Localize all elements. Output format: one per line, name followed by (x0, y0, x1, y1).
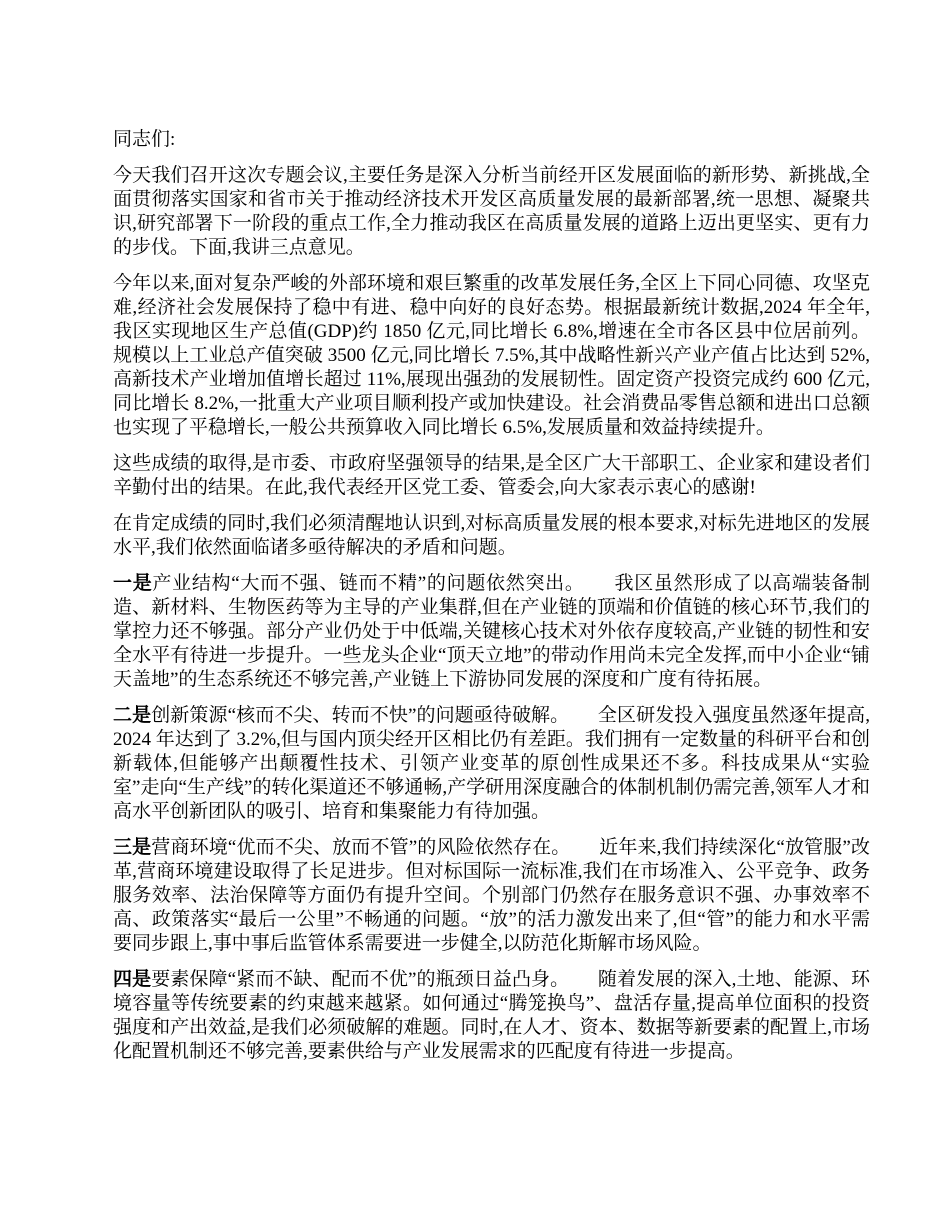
paragraph-point-three: 三是营商环境“优而不尖、放而不管”的风险依然存在。 近年来,我们持续深化“放管服… (113, 836, 870, 956)
paragraph-lead-bold: 四是 (113, 969, 151, 990)
paragraph: 这些成绩的取得,是市委、市政府坚强领导的结果,是全区广大干部职工、企业家和建设者… (113, 452, 870, 500)
paragraph-point-two: 二是创新策源“核而不尖、转而不快”的问题亟待破解。 全区研发投入强度虽然逐年提高… (113, 704, 870, 824)
paragraph-lead-bold: 三是 (113, 837, 151, 858)
paragraph: 今年以来,面对复杂严峻的外部环境和艰巨繁重的改革发展任务,全区上下同心同德、攻坚… (113, 272, 870, 440)
paragraph-text: 这些成绩的取得,是市委、市政府坚强领导的结果,是全区广大干部职工、企业家和建设者… (113, 453, 870, 498)
paragraph-text: 今天我们召开这次专题会议,主要任务是深入分析当前经开区发展面临的新形势、新挑战,… (113, 165, 870, 258)
salutation: 同志们: (113, 128, 870, 152)
paragraph: 今天我们召开这次专题会议,主要任务是深入分析当前经开区发展面临的新形势、新挑战,… (113, 164, 870, 260)
paragraph-text: 创新策源“核而不尖、转而不快”的问题亟待破解。 全区研发投入强度虽然逐年提高,2… (113, 705, 870, 822)
document-page: 同志们: 今天我们召开这次专题会议,主要任务是深入分析当前经开区发展面临的新形势… (0, 0, 950, 1230)
paragraph-text: 在肯定成绩的同时,我们必须清醒地认识到,对标高质量发展的根本要求,对标先进地区的… (113, 513, 870, 558)
paragraph: 在肯定成绩的同时,我们必须清醒地认识到,对标高质量发展的根本要求,对标先进地区的… (113, 512, 870, 560)
paragraph-text: 营商环境“优而不尖、放而不管”的风险依然存在。 近年来,我们持续深化“放管服”改… (113, 837, 870, 954)
paragraph-point-four: 四是要素保障“紧而不缺、配而不优”的瓶颈日益凸身。 随着发展的深入,土地、能源、… (113, 968, 870, 1064)
paragraph-text: 同志们: (113, 129, 175, 150)
paragraph-lead-bold: 一是 (113, 573, 152, 594)
paragraph-text: 要素保障“紧而不缺、配而不优”的瓶颈日益凸身。 随着发展的深入,土地、能源、环境… (113, 969, 870, 1062)
paragraph-text: 产业结构“大而不强、链而不精”的问题依然突出。 我区虽然形成了以高端装备制造、新… (113, 573, 870, 690)
paragraph-text: 今年以来,面对复杂严峻的外部环境和艰巨繁重的改革发展任务,全区上下同心同德、攻坚… (113, 273, 870, 438)
paragraph-lead-bold: 二是 (113, 705, 151, 726)
paragraph-point-one: 一是产业结构“大而不强、链而不精”的问题依然突出。 我区虽然形成了以高端装备制造… (113, 572, 870, 692)
